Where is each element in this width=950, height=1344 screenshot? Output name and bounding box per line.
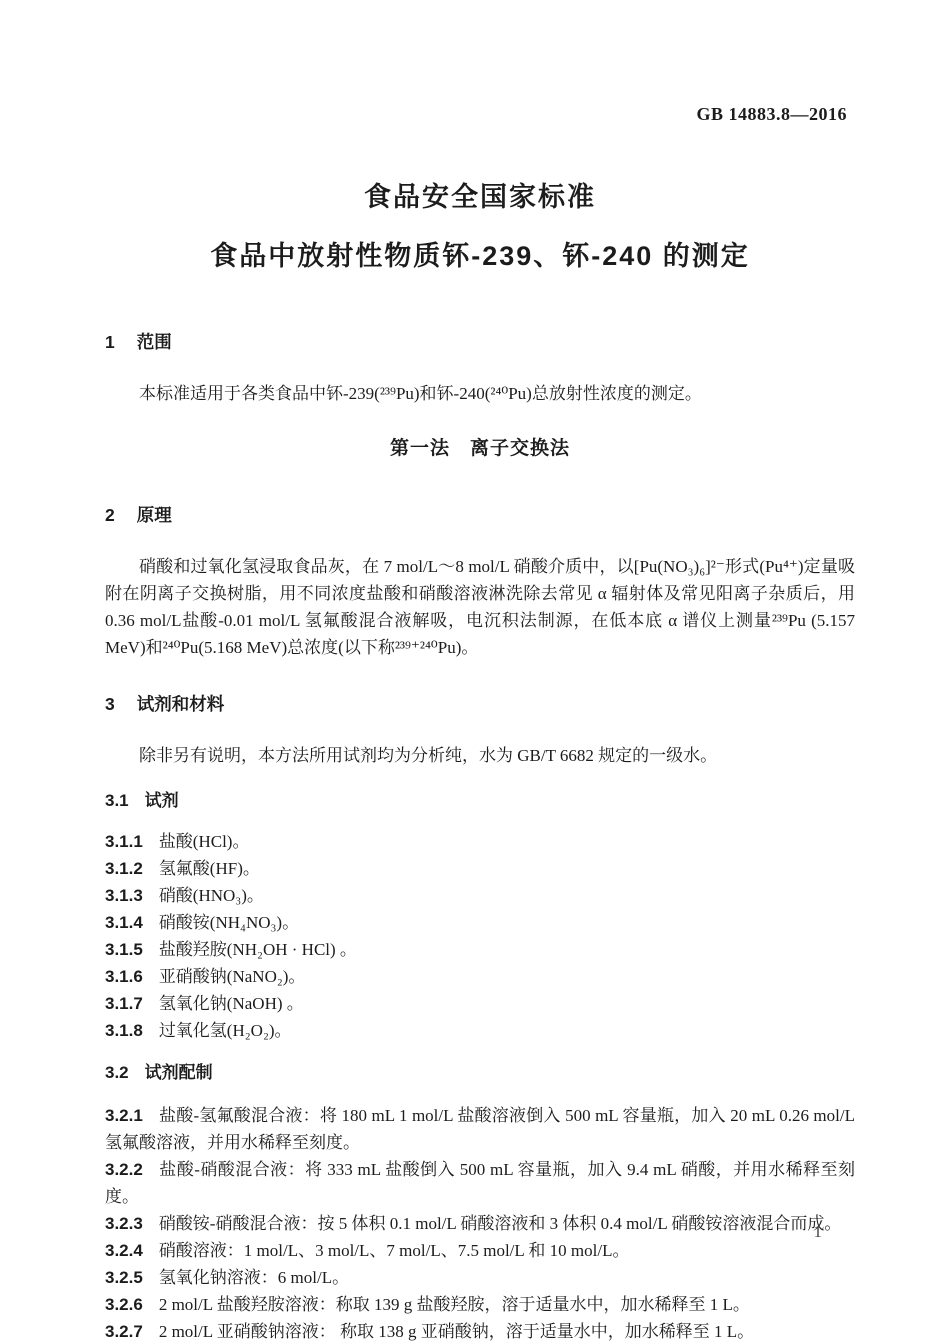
item-text: 硝酸溶液：1 mol/L、3 mol/L、7 mol/L、7.5 mol/L 和… bbox=[159, 1241, 630, 1260]
subsection-number: 3.1 bbox=[105, 791, 129, 811]
item-text: 盐酸(HCl)。 bbox=[159, 832, 250, 851]
item-number: 3.1.8 bbox=[105, 1021, 143, 1040]
item-number: 3.2.7 bbox=[105, 1322, 143, 1341]
item-number: 3.1.6 bbox=[105, 967, 143, 986]
list-item: 3.1.6亚硝酸钠(NaNO₂)。 bbox=[105, 963, 855, 990]
item-number: 3.2.4 bbox=[105, 1241, 143, 1260]
list-item: 3.1.8过氧化氢(H₂O₂)。 bbox=[105, 1017, 855, 1044]
subsection-heading-reagent-preparation: 3.2 试剂配制 bbox=[105, 1058, 855, 1083]
item-number: 3.2.3 bbox=[105, 1214, 143, 1233]
list-item: 3.1.3硝酸(HNO₃)。 bbox=[105, 882, 855, 909]
item-text: 硝酸铵(NH₄NO₃)。 bbox=[159, 913, 299, 932]
section-heading-principle: 2 原理 bbox=[105, 502, 855, 527]
item-number: 3.1.2 bbox=[105, 859, 143, 878]
document-title-line2: 食品中放射性物质钚-239、钚-240 的测定 bbox=[105, 234, 855, 273]
item-text: 盐酸-硝酸混合液：将 333 mL 盐酸倒入 500 mL 容量瓶，加入 9.4… bbox=[105, 1160, 855, 1206]
item-text: 2 mol/L 盐酸羟胺溶液：称取 139 g 盐酸羟胺，溶于适量水中，加水稀释… bbox=[159, 1295, 750, 1314]
list-item: 3.2.3硝酸铵-硝酸混合液：按 5 体积 0.1 mol/L 硝酸溶液和 3 … bbox=[105, 1210, 855, 1237]
document-title-line1: 食品安全国家标准 bbox=[105, 175, 855, 214]
item-number: 3.1.3 bbox=[105, 886, 143, 905]
item-text: 过氧化氢(H₂O₂)。 bbox=[159, 1021, 292, 1040]
item-text: 氢氟酸(HF)。 bbox=[159, 859, 260, 878]
list-item: 3.1.4硝酸铵(NH₄NO₃)。 bbox=[105, 909, 855, 936]
item-number: 3.2.5 bbox=[105, 1268, 143, 1287]
list-item: 3.1.2氢氟酸(HF)。 bbox=[105, 855, 855, 882]
item-text: 2 mol/L 亚硝酸钠溶液： 称取 138 g 亚硝酸钠，溶于适量水中，加水稀… bbox=[159, 1322, 754, 1341]
item-number: 3.1.5 bbox=[105, 940, 143, 959]
subsection-title: 试剂配制 bbox=[145, 1058, 213, 1083]
item-number: 3.2.6 bbox=[105, 1295, 143, 1314]
section-number: 2 bbox=[105, 505, 115, 526]
item-text: 硝酸(HNO₃)。 bbox=[159, 886, 264, 905]
list-item: 3.2.62 mol/L 盐酸羟胺溶液：称取 139 g 盐酸羟胺，溶于适量水中… bbox=[105, 1291, 855, 1318]
list-item: 3.1.7氢氧化钠(NaOH) 。 bbox=[105, 990, 855, 1017]
list-item: 3.2.72 mol/L 亚硝酸钠溶液： 称取 138 g 亚硝酸钠，溶于适量水… bbox=[105, 1318, 855, 1344]
section-number: 1 bbox=[105, 332, 115, 353]
list-item: 3.1.1盐酸(HCl)。 bbox=[105, 828, 855, 855]
item-text: 氢氧化钠溶液：6 mol/L。 bbox=[159, 1268, 349, 1287]
item-text: 盐酸-氢氟酸混合液：将 180 mL 1 mol/L 盐酸溶液倒入 500 mL… bbox=[105, 1106, 855, 1152]
section-title: 试剂和材料 bbox=[137, 691, 225, 716]
list-item: 3.2.5氢氧化钠溶液：6 mol/L。 bbox=[105, 1264, 855, 1291]
standard-code: GB 14883.8—2016 bbox=[105, 104, 855, 125]
list-item: 3.2.4硝酸溶液：1 mol/L、3 mol/L、7 mol/L、7.5 mo… bbox=[105, 1237, 855, 1264]
list-item: 3.2.1盐酸-氢氟酸混合液：将 180 mL 1 mol/L 盐酸溶液倒入 5… bbox=[105, 1102, 855, 1156]
list-item: 3.1.5盐酸羟胺(NH₂OH · HCl) 。 bbox=[105, 936, 855, 963]
item-text: 亚硝酸钠(NaNO₂)。 bbox=[159, 967, 306, 986]
page-number: 1 bbox=[814, 1222, 823, 1242]
subsection-title: 试剂 bbox=[145, 786, 179, 811]
principle-paragraph: 硝酸和过氧化氢浸取食品灰，在 7 mol/L～8 mol/L 硝酸介质中，以[P… bbox=[105, 553, 855, 661]
item-number: 3.1.7 bbox=[105, 994, 143, 1013]
document-page: GB 14883.8—2016 食品安全国家标准 食品中放射性物质钚-239、钚… bbox=[0, 0, 950, 1344]
scope-paragraph: 本标准适用于各类食品中钚-239(²³⁹Pu)和钚-240(²⁴⁰Pu)总放射性… bbox=[105, 380, 855, 407]
section-title: 原理 bbox=[137, 502, 172, 527]
subsection-number: 3.2 bbox=[105, 1063, 129, 1083]
section-number: 3 bbox=[105, 694, 115, 715]
reagent-preparation-list: 3.2.1盐酸-氢氟酸混合液：将 180 mL 1 mol/L 盐酸溶液倒入 5… bbox=[105, 1102, 855, 1344]
item-text: 硝酸铵-硝酸混合液：按 5 体积 0.1 mol/L 硝酸溶液和 3 体积 0.… bbox=[159, 1214, 842, 1233]
reagent-item-list: 3.1.1盐酸(HCl)。 3.1.2氢氟酸(HF)。 3.1.3硝酸(HNO₃… bbox=[105, 828, 855, 1044]
item-text: 盐酸羟胺(NH₂OH · HCl) 。 bbox=[159, 940, 357, 959]
item-number: 3.2.2 bbox=[105, 1160, 143, 1179]
method-one-heading: 第一法 离子交换法 bbox=[105, 433, 855, 460]
item-text: 氢氧化钠(NaOH) 。 bbox=[159, 994, 304, 1013]
section-title: 范围 bbox=[137, 329, 172, 354]
subsection-heading-reagent-list: 3.1 试剂 bbox=[105, 786, 855, 811]
item-number: 3.1.4 bbox=[105, 913, 143, 932]
section-heading-reagents: 3 试剂和材料 bbox=[105, 691, 855, 716]
list-item: 3.2.2盐酸-硝酸混合液：将 333 mL 盐酸倒入 500 mL 容量瓶，加… bbox=[105, 1156, 855, 1210]
reagents-note-paragraph: 除非另有说明，本方法所用试剂均为分析纯，水为 GB/T 6682 规定的一级水。 bbox=[105, 742, 855, 769]
section-heading-scope: 1 范围 bbox=[105, 329, 855, 354]
item-number: 3.2.1 bbox=[105, 1106, 143, 1125]
item-number: 3.1.1 bbox=[105, 832, 143, 851]
